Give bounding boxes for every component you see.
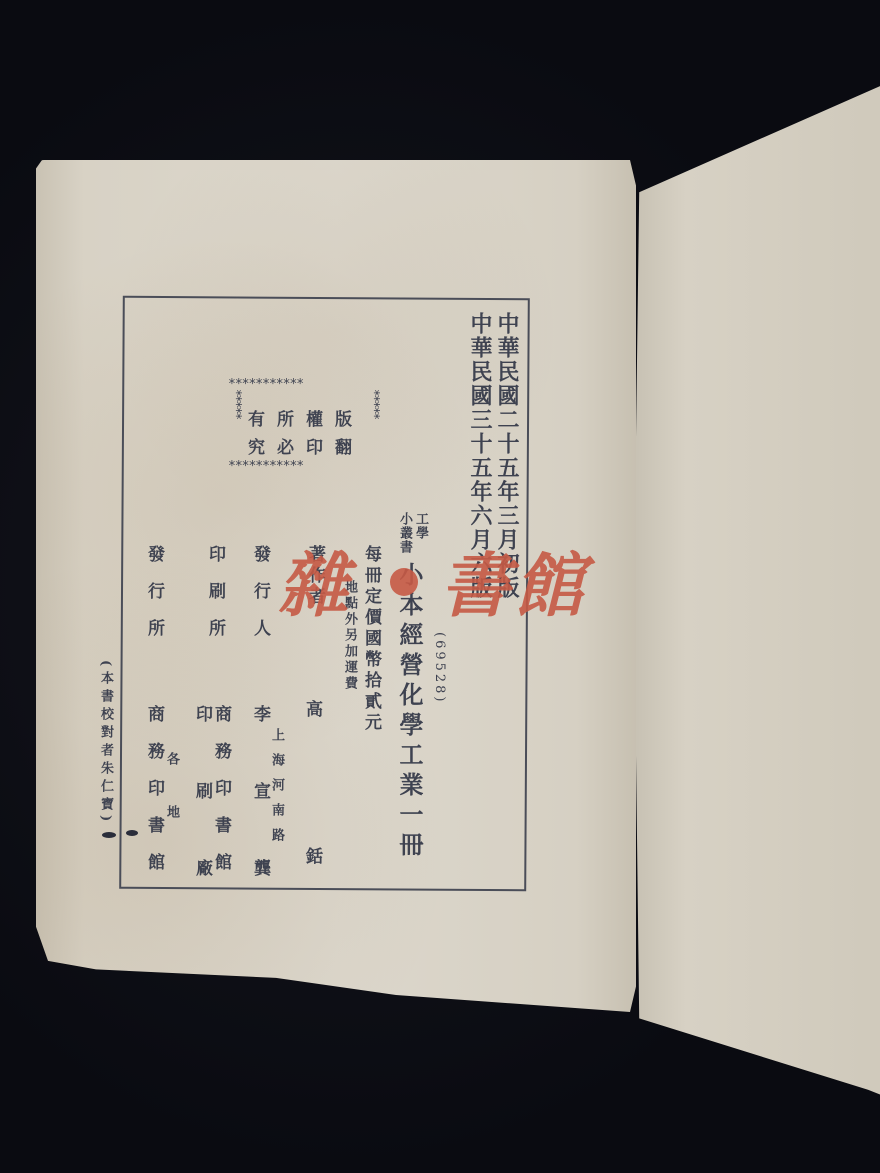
book-title: 小本經營化學工業一冊 [398, 562, 420, 862]
series-label-1: 工學 [414, 512, 427, 540]
right-blank-page [634, 80, 880, 1100]
publisher-address: 上海河南路 [270, 728, 283, 853]
distributor-name: 商務印書館 [145, 705, 162, 890]
watermark-right: 書館 [440, 530, 588, 631]
watermark-left: 雜 [278, 530, 352, 631]
printer-label: 印刷所 [206, 545, 223, 656]
stars-bottom: *********** [228, 459, 303, 474]
printer-name-col2: 印刷廠 [193, 705, 210, 936]
stars-right: ***** [366, 389, 381, 461]
proofreader-note: (本書校對者朱仁寶) [99, 660, 112, 826]
book-code: (69528) [433, 632, 446, 705]
author-name: 高銛 [303, 700, 320, 994]
watermark-dot [390, 568, 418, 596]
stars-left: ***** [228, 389, 243, 461]
copyright-box: *********** *********** ***** ***** 有所權版… [228, 377, 378, 473]
publisher-name: 李宣龔 [251, 705, 268, 936]
distributor-label: 發行所 [145, 545, 162, 656]
ink-smudge [102, 832, 116, 838]
series-label-2: 小叢書 [398, 512, 411, 554]
copyright-row-1: 有所權版 [248, 405, 364, 430]
distributor-note: 各地 [165, 752, 178, 858]
copyright-row-2: 究必印翻 [248, 433, 364, 458]
price: 每冊定價國幣拾貳元 [362, 545, 379, 734]
ink-smudge [126, 830, 138, 836]
publisher-label: 發行人 [251, 545, 268, 656]
printer-name-col1: 商務印書館 [212, 705, 229, 890]
